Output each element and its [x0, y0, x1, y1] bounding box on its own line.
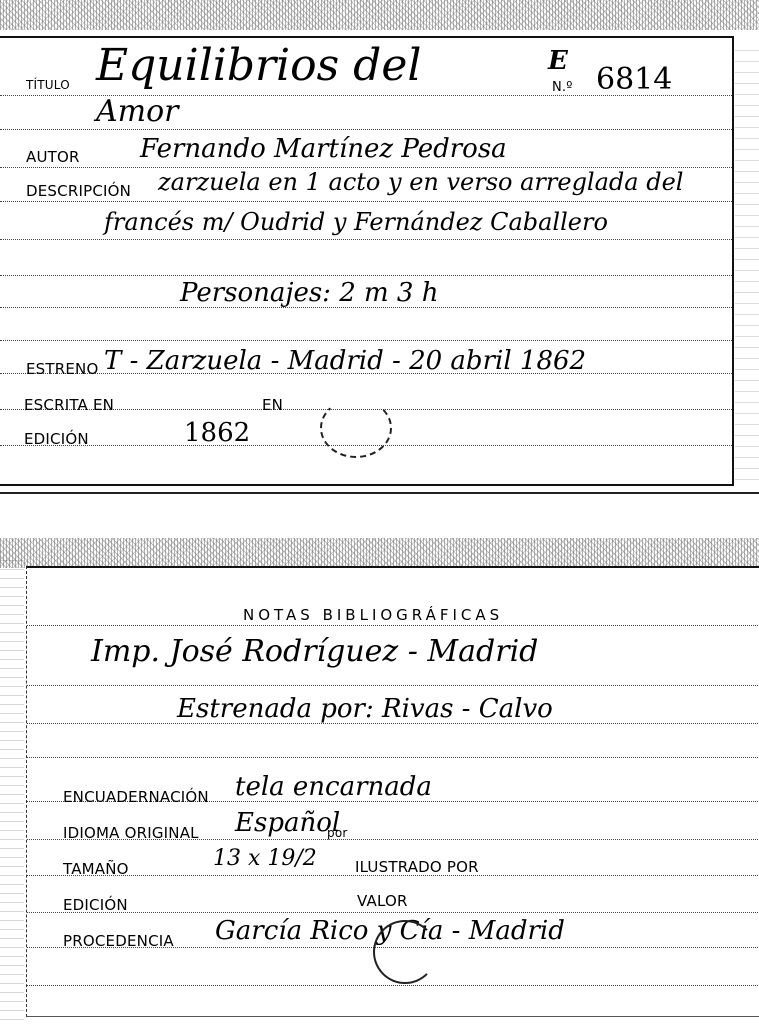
personajes-value: Personajes: 2 m 3 h: [180, 278, 438, 308]
encuadernacion-value: tela encarnada: [235, 772, 432, 802]
autor-label: Autor: [26, 148, 80, 166]
notes-line-2: Estrenada por: Rivas - Calvo: [177, 694, 553, 724]
valor-label: Valor: [357, 892, 408, 910]
notas-bibliograficas-heading: NOTAS BIBLIOGRÁFICAS: [243, 606, 503, 624]
titulo-label: Título: [26, 78, 70, 92]
catalog-card-back: NOTAS BIBLIOGRÁFICAS Imp. José Rodríguez…: [26, 566, 759, 1017]
autor-value: Fernando Martínez Pedrosa: [140, 134, 507, 164]
edicion-value: 1862: [184, 418, 250, 448]
procedencia-label: Procedencia: [63, 932, 174, 950]
descripcion-label: Descripción: [26, 182, 131, 200]
catalog-letter: E: [548, 46, 568, 76]
scan-noise-top: [0, 0, 759, 30]
number-label: N.º: [552, 80, 573, 95]
idioma-original-value: Español: [235, 808, 340, 838]
estreno-value: T - Zarzuela - Madrid - 20 abril 1862: [104, 346, 586, 376]
scan-noise-middle: [0, 538, 759, 568]
tamano-label: Tamaño: [63, 860, 129, 878]
ilustrado-por-label: Ilustrado por: [355, 858, 479, 876]
notes-line-1: Imp. José Rodríguez - Madrid: [91, 634, 538, 669]
edicion-label: Edición: [24, 430, 89, 448]
escrita-en-label: Escrita en: [24, 396, 114, 414]
por-label: por: [327, 826, 348, 840]
descripcion-value-line2: francés m/ Oudrid y Fernández Caballero: [104, 208, 608, 236]
tamano-value: 13 x 19/2: [213, 846, 317, 871]
number-value: 6814: [596, 62, 672, 97]
scan-edge-right: [735, 40, 759, 480]
edicion-label-back: Edición: [63, 896, 128, 914]
library-stamp-icon: [320, 398, 392, 458]
estreno-label: Estreno: [26, 360, 99, 378]
en-label: en: [262, 396, 283, 414]
encuadernacion-label: Encuadernación: [63, 788, 209, 806]
catalog-card-front: Título Equilibrios del Amor E N.º 6814 A…: [0, 36, 734, 486]
titulo-value-line1: Equilibrios del: [96, 40, 421, 91]
descripcion-value-line1: zarzuela en 1 acto y en verso arreglada …: [158, 168, 683, 196]
card-separator: [0, 492, 759, 494]
library-stamp-icon-back: [373, 920, 437, 984]
idioma-original-label: Idioma original: [63, 824, 199, 842]
scan-edge-left: [0, 560, 24, 1020]
titulo-value-line2: Amor: [96, 94, 179, 129]
